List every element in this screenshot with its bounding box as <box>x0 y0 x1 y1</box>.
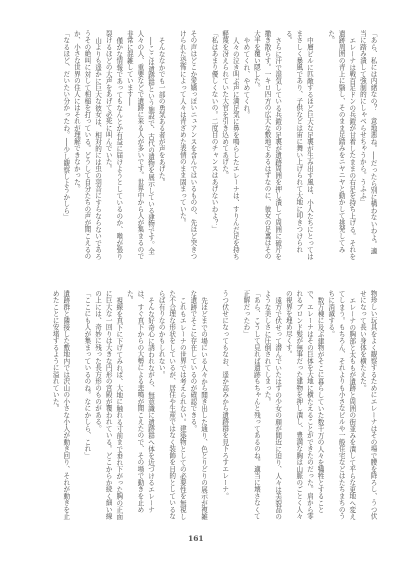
paragraph: 遺跡群と隣接した敷地内では沢山の小さな小人が動き回り、それが動きを止めたことに安… <box>50 290 71 522</box>
paragraph: やめてくれ、やめてくれ。 <box>240 30 251 260</box>
paragraph: 遠方で伏せって潜んでいたはずの少女の顔が間近に迫り、人々は美貌品のような美しさに… <box>261 290 282 522</box>
dialogue-paragraph: 「私はあまり優しくないの。二度目のチャンスはあげないわよ？」 <box>209 30 220 260</box>
paragraph: さらに汗で湿気している兵鎧の足裏が遺跡周囲を押し潰して周囲に破片を撒き散らす。一… <box>251 30 283 260</box>
paragraph: 先ほどまでの場にいる人々から聞き出した通り、色とりどりの展示が複雑な遺跡でそこに… <box>187 290 208 522</box>
paragraph: 山よりも遥かに巨大な彼女は、相対的には虫の羽音にすらならないであろうその絶叫に対… <box>71 30 103 260</box>
upper-text-tier: 「あら、私には内緒なの？ 意地悪ね。──だったら別に構わないわよ。適当に踏み潰し… <box>38 30 378 260</box>
paragraph: ──ここは遺跡群という施設で、古代の遺物を展示している建物です。全人々の人、重要… <box>124 30 156 260</box>
book-page: 「あら、私には内緒なの？ 意地悪ね。──だったら別に構わないわよ。適当に踏み潰し… <box>0 0 400 565</box>
paragraph: 中層ビルに匹敵するほど巨大な足裏が生み出す風は、小人たちにとってはまさしく暴風で… <box>283 30 315 260</box>
paragraph: そんななかでも一部の勇気ある者が声をあげた。 <box>156 30 167 260</box>
paragraph: そんな好奇心に誘われながら、無意識に遺跡群へ体を近づけるエレーナは、すぐ真下から… <box>124 290 156 522</box>
paragraph: その声はどこか愛嬌っぽいニュアンスを含んではいるものの、先ほど突きつけられた恐怖… <box>177 30 198 260</box>
page-number: 161 <box>188 534 204 543</box>
dialogue-paragraph: 「あら、こうして見れば遺跡もちゃんと残ってあるのね。適当に壊さなくて正解だったわ… <box>240 290 261 522</box>
paragraph: 人々の泣き叫ぶ声に満足気に鼻を鳴らしたエレーナは、すりんだ足を持ち軽蔑を冴えられ… <box>219 30 240 260</box>
paragraph: うつ伏せになってもなお、遥か高みから遺跡群を見下ろすエレーナ。 <box>219 290 230 522</box>
paragraph: これもエレーナの世界では考えられない。建築物としての必要性を無視した不合理な形状… <box>156 290 188 522</box>
dialogue-paragraph: 「なるほど、だいたい分かったわ。──少し観察しようかしら」 <box>60 30 71 260</box>
paragraph: エレーナは戦百足ドンの兵鎧が甘着したままの右足を持ち上げる。それを遺跡周囲の青上… <box>325 30 357 260</box>
paragraph: 視線を真下に下げてみれば、大地に触れる寸前まで垂れ下がった胸の正面に巨大な一回り… <box>92 290 124 522</box>
lower-text-tier: 物珍しい玩具をよく観察するためにエレーナはその場で腰を降ろし、うつ伏せになって長… <box>38 290 378 522</box>
dialogue-paragraph: 「ここにも人が集まっているのね。なにかしら、これ」 <box>81 290 92 522</box>
paragraph: 物珍しい玩具をよく観察するためにエレーナはその場で腰を降ろし、うつ伏せになって長… <box>357 290 378 522</box>
paragraph: 数万棟に及ぶ建物がそこに暮らしていた数千万の人々を犠牲とすることで、エレーナはそ… <box>283 290 325 522</box>
paragraph: 「あら、私には内緒なの？ 意地悪ね。──だったら別に構わないわよ。適当に踏み潰し… <box>357 30 378 260</box>
paragraph: エレーナの胸部と太ももが遺跡と周囲の街並みを潰して平らな更地へ変えてしまう。もち… <box>325 290 357 522</box>
paragraph: 僅かな情報であってもなんとか有益に届けようとしているのか、喉が張り裂けるほどの大… <box>103 30 124 260</box>
